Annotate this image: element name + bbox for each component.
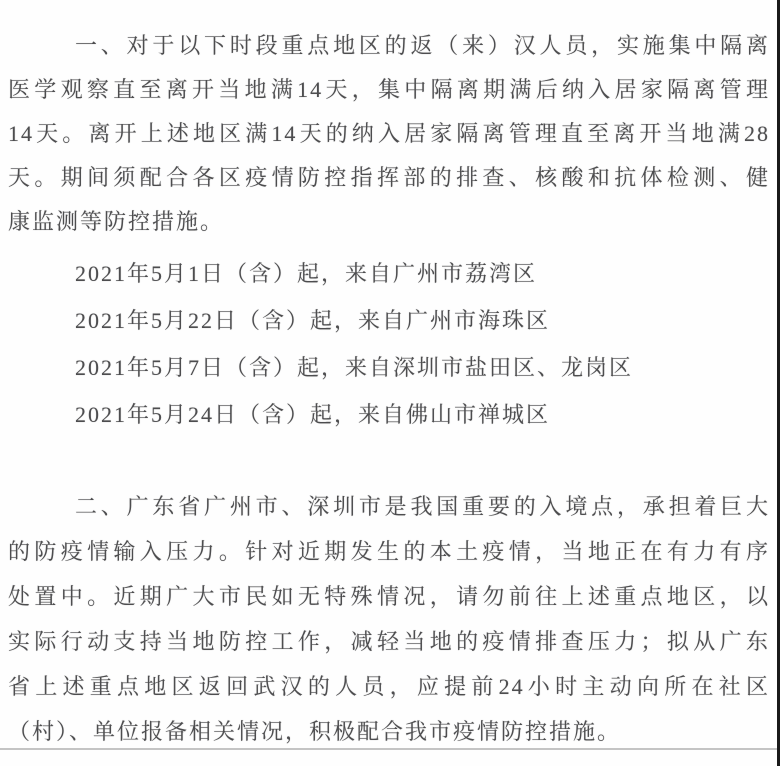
text-line: 康监测等防控措施。 [8,200,770,244]
date-line: 2021年5月22日（含）起，来自广州市海珠区 [8,297,770,344]
bottom-divider [0,748,780,750]
paragraph-1: 一、对于以下时段重点地区的返（来）汉人员，实施集中隔离 医学观察直至离开当地满1… [8,24,770,244]
text-line: 一、对于以下时段重点地区的返（来）汉人员，实施集中隔离 [8,24,770,68]
text-line: 处置中。近期广大市民如无特殊情况，请勿前往上述重点地区，以 [8,574,770,619]
text-line: 二、广东省广州市、深圳市是我国重要的入境点，承担着巨大 [8,484,770,529]
text-line: 14天。离开上述地区满14天的纳入居家隔离管理直至离开当地满28 [8,112,770,156]
paragraph-2: 二、广东省广州市、深圳市是我国重要的入境点，承担着巨大 的防疫情输入压力。针对近… [8,484,770,754]
text-line: 天。期间须配合各区疫情防控指挥部的排查、核酸和抗体检测、健 [8,156,770,200]
date-entries: 2021年5月1日（含）起，来自广州市荔湾区 2021年5月22日（含）起，来自… [8,250,770,438]
text-line: 的防疫情输入压力。针对近期发生的本土疫情，当地正在有力有序 [8,529,770,574]
document-body: 一、对于以下时段重点地区的返（来）汉人员，实施集中隔离 医学观察直至离开当地满1… [8,24,770,754]
text-line: 省上述重点地区返回武汉的人员，应提前24小时主动向所在社区 [8,664,770,709]
text-line: 医学观察直至离开当地满14天，集中隔离期满后纳入居家隔离管理 [8,68,770,112]
text-line: 实际行动支持当地防控工作，减轻当地的疫情排查压力；拟从广东 [8,619,770,664]
date-line: 2021年5月1日（含）起，来自广州市荔湾区 [8,250,770,297]
document-page: 一、对于以下时段重点地区的返（来）汉人员，实施集中隔离 医学观察直至离开当地满1… [0,0,780,766]
date-line: 2021年5月7日（含）起，来自深圳市盐田区、龙岗区 [8,344,770,391]
date-line: 2021年5月24日（含）起，来自佛山市禅城区 [8,391,770,438]
